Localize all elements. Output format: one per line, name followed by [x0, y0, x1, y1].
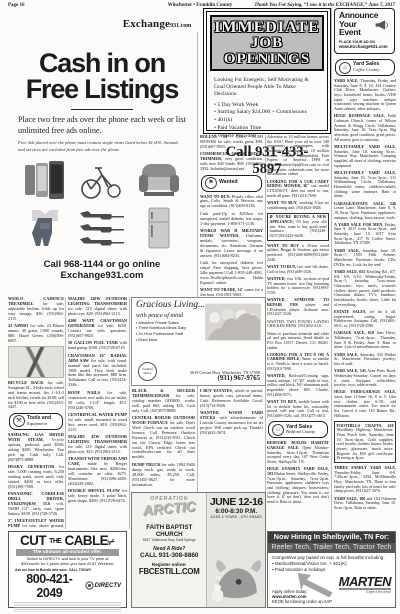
church-vbs-ad: OPERATION ARCTIC FAITH BAPTIST CHURCH 82…: [131, 492, 266, 608]
cell-phones-image: [21, 158, 69, 202]
free-listings-promo: Cash in onFree Listings Place two free a…: [8, 34, 196, 292]
classified-ad: WANT TO BUY, mobile home with lot or mob…: [267, 400, 329, 419]
classified-ad: WANT TO BUY a 35-ton wood splitter, Brig…: [267, 244, 329, 263]
classified-ad: Cash paid-Up to $25/box for unexpired, s…: [200, 212, 263, 227]
logo-domain: 931.com: [170, 23, 191, 29]
classified-ad: PANASONIC CORDLESS DRILL DRIVER, EY6432N…: [8, 492, 64, 517]
cable-phone-row: 800-421-2049 DIRECTV: [11, 572, 124, 600]
classified-ad: TRANSIT WITH TRIPOD AND CASE, made by Be…: [68, 457, 127, 486]
classified-ad: WANT TO BUY: Pistols, rifles, shot guns,…: [200, 195, 263, 210]
classified-ad: WANTED, SOMEONE TO REPAIR VHS player and…: [267, 298, 329, 317]
yard-sales-coffee-badge: ⌂Yard SalesCoffee County: [335, 59, 395, 76]
gracious-living-ad: Gracious Living... with peace of mind ▪ …: [131, 297, 266, 386]
cable-headline-cut: CUT: [20, 533, 46, 548]
megaphone-icon: [374, 18, 390, 36]
directv-wordmark: DIRECTV: [95, 583, 121, 589]
classified-column-1: BOLENS 21" 158cc PUSH MOWER for sale, wo…: [200, 135, 263, 296]
cable-fine-print: [14, 602, 121, 612]
classified-ad: YARD SALE, 145 Aran Potts Road, Wednesda…: [334, 369, 396, 388]
promo-fine-print: Free Ads placed over the phone must cont…: [18, 140, 186, 152]
classified-column-bottom-b: MALIBU 120W OUTDOOR LIGHTING TRANSFORMER…: [68, 297, 127, 529]
church-website: FBCESTILL.COM: [134, 567, 204, 576]
marten-tagline: Expect the Best!: [339, 590, 391, 594]
church-phone: CALL 931-308-8860: [134, 552, 204, 559]
promo-title-line2: Free Listings: [26, 74, 178, 104]
gracious-footer: 3619 Cowan Hwy, Winchester, TN 37398 (93…: [190, 370, 260, 382]
bullet-item: • Paid Vacation Time: [214, 125, 320, 133]
classified-ad: DOUBLE SHOVEL PLOW for sale, heavy made,…: [68, 489, 127, 504]
classified-ad: ROOF NAILS for sale, contractors roof na…: [68, 391, 127, 411]
vbs-dates: JUNE 12-16: [208, 497, 264, 508]
church-info-panel: OPERATION ARCTIC FAITH BAPTIST CHURCH 82…: [132, 493, 206, 607]
wanted-flag-icon: ⚑: [205, 177, 217, 189]
marten-hiring-ad: Now Hiring In Shelbyville, TN For: Reefe…: [267, 531, 396, 608]
classified-ad: GARAGE/ESTATE SALE, 246 Lester Lane, Man…: [334, 202, 396, 221]
rifles-image: [78, 206, 126, 250]
marten-header-line2: Reefer Tech, Trailer Tech, Tractor Tech: [268, 543, 395, 553]
classified-ad: Wants to purchase minerals and other oil…: [267, 332, 329, 351]
announce-sub2: www.Exchange931.com: [339, 44, 390, 49]
divider: [71, 109, 133, 110]
yard-sales-bedford-badge: ⌂Yard SalesBedford County: [268, 421, 328, 438]
classified-ad: YARD SALE, 100 and 104 Oakmont Drive, Tu…: [334, 497, 396, 511]
classified-ad: MALIBU 120W OUTDOOR LIGHTING TRANSFORMER…: [68, 297, 127, 317]
classified-ad: CENTRAL BOILER OUTDOOR WOOD FURNACE for …: [132, 416, 195, 460]
classified-ad: WANT TO BUY, two nice lift chairs. Call …: [267, 265, 329, 274]
promo-item-images: [8, 155, 196, 250]
vbs-ages: AGES 4 YEARS - 6TH GRADE: [208, 515, 264, 519]
classified-column-bottom-c: BLACK & DECKER TRIMMER/EDGER for sale, c…: [132, 389, 195, 490]
promo-call-line: Call 968-1144 or go online Exchange931.c…: [8, 259, 196, 281]
cable-headline-cable: CABLE: [65, 533, 109, 548]
cable-phone-number: 800-421-2049: [14, 572, 85, 600]
classified-column-2: Advertise to 10 million homes across the…: [267, 135, 329, 529]
marten-eeoe: EEOE functioning under an AAP: [272, 599, 332, 604]
classified-ad: BICYCLE RACK for sale, Swagman SC, 2-bik…: [8, 381, 64, 410]
column-divider: [129, 297, 130, 529]
classified-ad: ESTATE SALES, we do it all, experienced,…: [334, 310, 396, 329]
classified-ad: WANTED, Railroad/Crossing sign, round, a…: [267, 374, 329, 397]
classified-ad: WESLO CADENCE TREADMILL for sale, adjust…: [8, 297, 64, 322]
classified-ad: GARAGE SALE, 610 Jean Drive, Tullahoma, …: [334, 331, 396, 350]
seniors-photo: [205, 303, 261, 346]
classified-ad: A YARD SALE FOR MEN, Friday, June 9, 201…: [334, 223, 396, 246]
classified-ad: COMMERCIAL GRADE HEDGE TRIMMER, very goo…: [200, 152, 263, 172]
classified-ad: HUGE RUMMAGE SALE, Faith Lutheran Church…: [334, 114, 396, 142]
classified-ad: IF YOU'RE BUYING A NEW APPLIANCE, I'll b…: [267, 213, 329, 241]
vbs-dates-panel: JUNE 12-16 6:00-8:30 P.M. AGES 4 YEARS -…: [206, 493, 265, 607]
classified-ad: Advertise to 10 million homes across the…: [267, 135, 329, 177]
job-ad-intro: Looking For Energetic, Self Motivating &…: [214, 77, 320, 99]
badge-text: Yard SalesBedford County: [286, 425, 315, 435]
job-ad-inner-border: IMMEDIATE JOB OPENINGS Looking For Energ…: [206, 11, 328, 131]
classified-ad: YARD SALE, 655 Keasling Rd., 6/7, 6/8, 6…: [334, 270, 396, 307]
classified-ad: HUGE 6-FAMILY YARD SALE, 103 Blulan Stre…: [267, 467, 329, 504]
muskox-and-rabbit-art: [207, 546, 265, 607]
bicycle-rack-photo: [8, 346, 64, 378]
promo-title: Cash in onFree Listings: [8, 50, 196, 102]
classified-ad: HUGE YARD/GARAGE SALE, starts June 12-Ju…: [334, 390, 396, 418]
exchange-logo: Exchange931.com: [116, 14, 198, 32]
classified-ad: WANTED, TWO YOUNG LAYING CHICKEN HENS. (…: [267, 320, 329, 329]
job-ad-title: IMMEDIATE JOB OPENINGS: [210, 15, 324, 71]
classified-ad: WANT TO TRADE, 14' canoe for a Jon boat.…: [200, 288, 263, 296]
marten-logo: MARTEN Expect the Best!: [339, 575, 391, 594]
classified-ad: WANT TO BUY, working 3-ton air condition…: [267, 201, 329, 210]
classified-ad: I BUY ESTATES, whole or partial, house, …: [200, 389, 263, 409]
classified-ad: CRAFTSMAN 10" RADIAL ARM SAW for sale, w…: [68, 354, 127, 388]
classified-ad: LOOKING FOR A CUB CADET RIDING MOWER, 36…: [267, 180, 329, 199]
directv-logo: DIRECTV: [85, 581, 121, 590]
job-openings-ad: IMMEDIATE JOB OPENINGS Looking For Energ…: [203, 8, 331, 134]
classified-ad: YARD SALE, Saturday, June 10, 8a.m.-?, 1…: [334, 249, 396, 268]
armchair-image: [135, 158, 183, 202]
church-address: 8287 Tullahoma Hwy, Estill Springs: [134, 538, 204, 542]
badge-text: Tools andEquipment: [27, 416, 51, 426]
vbs-time: 6:00-8:30 P.M.: [208, 508, 264, 515]
classified-ad: MULTI-FAMILY YARD SALE, Saturday, June 1…: [334, 171, 396, 199]
marten-wordmark: MARTEN: [339, 575, 391, 590]
job-ad-title-line2: JOB OPENINGS: [212, 36, 322, 67]
announce-event-box: Announce Your Event PLACE YOUR AD ON www…: [334, 8, 395, 54]
classified-ad: DUMP TRUCK for sale, 1984 F600 dump truc…: [132, 463, 195, 488]
hammer-icon: ⚒: [13, 415, 25, 427]
badge-text: Wanted: [219, 180, 238, 186]
yard-sale-icon: ⌂: [339, 62, 351, 74]
classified-column-1b: I BUY ESTATES, whole or partial, house, …: [200, 389, 263, 489]
classified-ad: YARD SALE, Thursday, Friday and Saturday…: [334, 79, 396, 112]
column-divider: [331, 8, 332, 530]
classified-ad: FOOTHILLS CRAFTS, 418 Woodbury Highway, …: [334, 421, 396, 463]
operation-arctic-logo-line2: ARCTIC: [134, 499, 205, 518]
classified-column-yard-sales: ⌂Yard SalesCoffee CountyYARD SALE, Thurs…: [334, 58, 396, 529]
wanted-section-badge: ⚑Wanted: [201, 175, 262, 192]
classified-ad: 2" INLET/OUTLET WATER PUMP for sale, abo…: [8, 519, 64, 529]
marten-header-line1: Now Hiring In Shelbyville, TN For:: [268, 532, 395, 543]
column-divider: [65, 297, 66, 529]
classified-ad: WORLD WAR II MILITARY ITEMS WANTED. Unif…: [200, 229, 263, 258]
refrigerator-image: [135, 206, 183, 250]
classified-ad: BLACK & DECKER TRIMMER/EDGER for sale, c…: [132, 389, 195, 414]
classified-ad: LOOKING FOR A TEC-9 OR A CARBINE RIFLE, …: [267, 353, 329, 372]
southern-manor-logo: Southern Manor: [138, 362, 157, 381]
classified-ad: CENTRIFICAL WATER PUMP for sale, small, …: [68, 413, 127, 433]
bullet-item: • 401(k): [214, 117, 320, 125]
promo-subtitle: Place two free ads over the phone each w…: [18, 115, 186, 136]
badge-text: Yard SalesCoffee County: [353, 62, 379, 72]
classified-ad: HUSKY GENERATOR for sale, 5,000 running …: [8, 465, 64, 490]
church-name: FAITH BAPTIST CHURCH: [134, 525, 204, 538]
cable-headline: CUT THE CABLE✂: [11, 534, 124, 548]
classified-ad: MULTI-FAMILY YARD SALE, Saturday, June 1…: [334, 145, 396, 168]
yard-sale-icon: ⌂: [272, 424, 284, 436]
classified-column-bottom-a: WESLO CADENCE TREADMILL for sale, adjust…: [8, 297, 64, 529]
classified-ad: BOLENS 21" 158cc PUSH MOWER for sale, wo…: [200, 135, 263, 150]
bullet-item: • Starting Salary $24,000 + Commissions: [214, 109, 320, 117]
marten-apply-block: Apply online today: www.marten.com EEOE …: [272, 589, 332, 605]
classified-ad: 4200 WATT CRAFTSMAN GENERATOR for sale, …: [68, 319, 127, 339]
tools-equipment-badge: ⚒Tools andEquipment: [9, 413, 63, 430]
classified-ad: SAMSUNG GAS DRYER WITH STEAM, 5-cycle op…: [8, 433, 64, 462]
gracious-phone: (931) 967-9765: [190, 375, 260, 382]
tricycle-image: [78, 158, 126, 202]
classified-ad: Cash for unexpired diabetic test strips!…: [200, 261, 263, 286]
directv-cable-ad: CUT THE CABLE✂ The ultimate all-included…: [8, 531, 127, 608]
classified-ad: YARD SALE, Saturday, 333 Walker St., Man…: [334, 353, 396, 367]
logo-wordmark: Exchange: [123, 18, 170, 30]
classified-ad: WANTED, two 10ft. sections tri-pod TV an…: [267, 277, 329, 296]
classified-ad: MALIBU 45W OUTDOOR LIGHTING TRANSFORMER …: [68, 435, 127, 455]
classified-ad: BEDFORD BUILDS HABITAT GARAGE SALE. Open…: [267, 441, 329, 464]
cable-subtitle-bar: The ultimate all-included offer.: [16, 549, 119, 557]
cable-headline-the: THE: [49, 538, 61, 545]
classified-ad: WANTED, WOOD YARD STICKS with advertisem…: [200, 411, 263, 436]
job-ad-title-line1: IMMEDIATE: [212, 20, 322, 36]
marten-body: Competitive pay based on exp. & full ben…: [268, 553, 395, 607]
newspaper-page: Page 16 Winchester • Franklin County Tha…: [0, 0, 400, 614]
baby-overalls-image: [21, 206, 69, 250]
classified-ad: 50 GALLON FUEL TANK with hand pump, $100…: [68, 341, 127, 351]
cable-offer-detail: Switch to DIRECTV and lock in your TV pr…: [18, 557, 117, 567]
classified-ad: THREE FAMILY YARD SALE, Thursday-Friday,…: [334, 466, 396, 494]
classified-ad: 22 AMMO for sale, 22 Blazer ammo, 40 gra…: [8, 324, 64, 344]
